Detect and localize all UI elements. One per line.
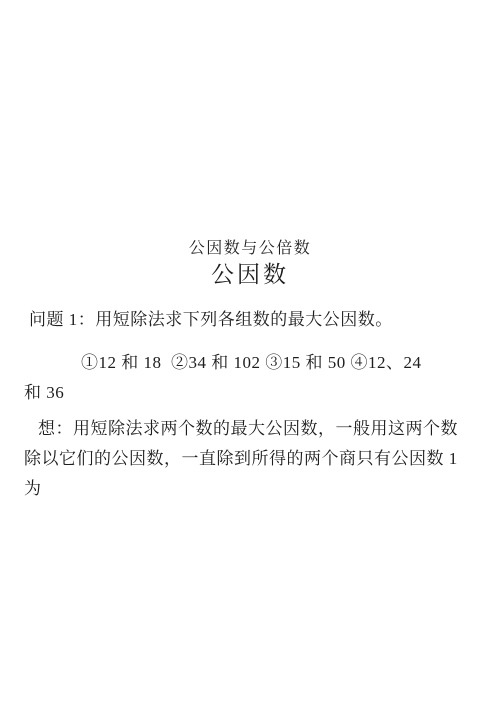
document-body: 问题 1：用短除法求下列各组数的最大公因数。 ①12 和 18 ②34 和 10… [0, 305, 500, 504]
document-page: 公因数与公倍数 公因数 问题 1：用短除法求下列各组数的最大公因数。 ①12 和… [0, 0, 500, 708]
think-paragraph-line-2: 除以它们的公因数，一直除到所得的两个商只有公因数 1 为 [24, 444, 476, 504]
problem-statement: 问题 1：用短除法求下列各组数的最大公因数。 [24, 305, 476, 335]
number-groups-line-1: ①12 和 18 ②34 和 102 ③15 和 50 ④12、24 [24, 348, 476, 378]
document-subtitle: 公因数与公倍数 [0, 238, 500, 260]
document-title: 公因数 [0, 260, 500, 290]
think-paragraph-line-1: 想：用短除法求两个数的最大公因数，一般用这两个数 [24, 414, 476, 444]
number-groups-line-2: 和 36 [24, 378, 476, 408]
